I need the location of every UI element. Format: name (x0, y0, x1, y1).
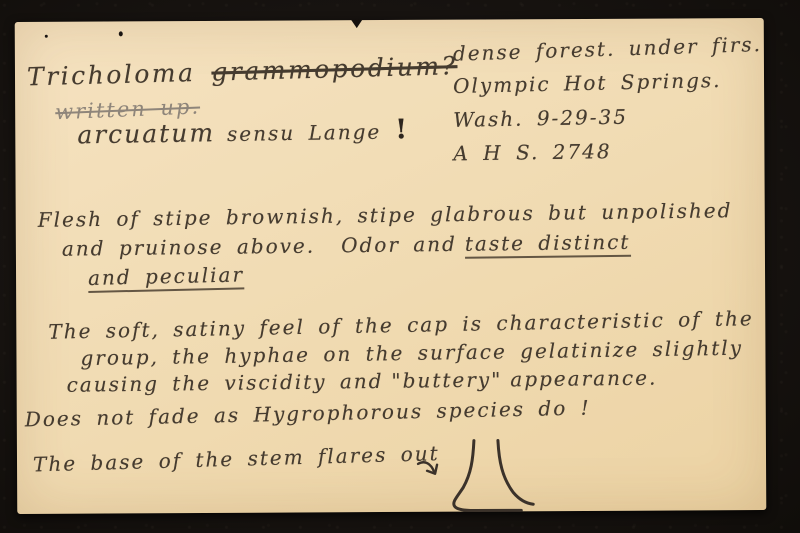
species-epithet: arcuatum (77, 118, 215, 149)
index-card: Tricholomagrammopodium? written up. arcu… (15, 18, 767, 514)
ink-speck (119, 31, 123, 36)
notes2-line4: Does not fade as Hygrophorous species do… (25, 396, 591, 432)
notes1-line1: Flesh of stipe brownish, stipe glabrous … (38, 198, 733, 232)
notes2-line3b: "buttery" (391, 367, 502, 392)
species-line: arcuatumsensu Lange! (77, 114, 409, 150)
habitat-note: dense forest. under firs. (453, 32, 763, 66)
notes1-line3-underlined: and peculiar (88, 262, 245, 293)
determination-line: Tricholomagrammopodium? (27, 51, 458, 91)
notes1-line2b: Odor and (341, 232, 457, 257)
footer-line: The base of the stem flares out (33, 441, 440, 476)
notes1-line2a: and pruinose above. (62, 234, 316, 261)
notes2-line3: causing the viscidity and"buttery"appear… (66, 366, 657, 397)
crossed-out-epithet: grammopodium? (211, 51, 458, 86)
collector-number: A H S. 2748 (453, 139, 612, 165)
ink-speck (45, 35, 48, 38)
notes1-line2: and pruinose above.Odor andtaste distinc… (62, 230, 631, 261)
emphasis-mark: ! (395, 114, 409, 145)
genus-name: Tricholoma (27, 58, 196, 91)
state-and-date: Wash. 9-29-35 (453, 105, 628, 132)
notes1-line2c-underlined: taste distinct (465, 230, 631, 259)
photo-background: Tricholomagrammopodium? written up. arcu… (0, 0, 800, 533)
notes2-line3c: appearance. (510, 366, 657, 392)
notes2-line3a: causing the viscidity and (66, 369, 383, 397)
locality-note: Olympic Hot Springs. (453, 68, 722, 98)
card-edge-notch (351, 19, 363, 28)
flared-stem-base-sketch-icon (441, 437, 541, 524)
sensu-qualifier: sensu Lange (227, 120, 382, 146)
